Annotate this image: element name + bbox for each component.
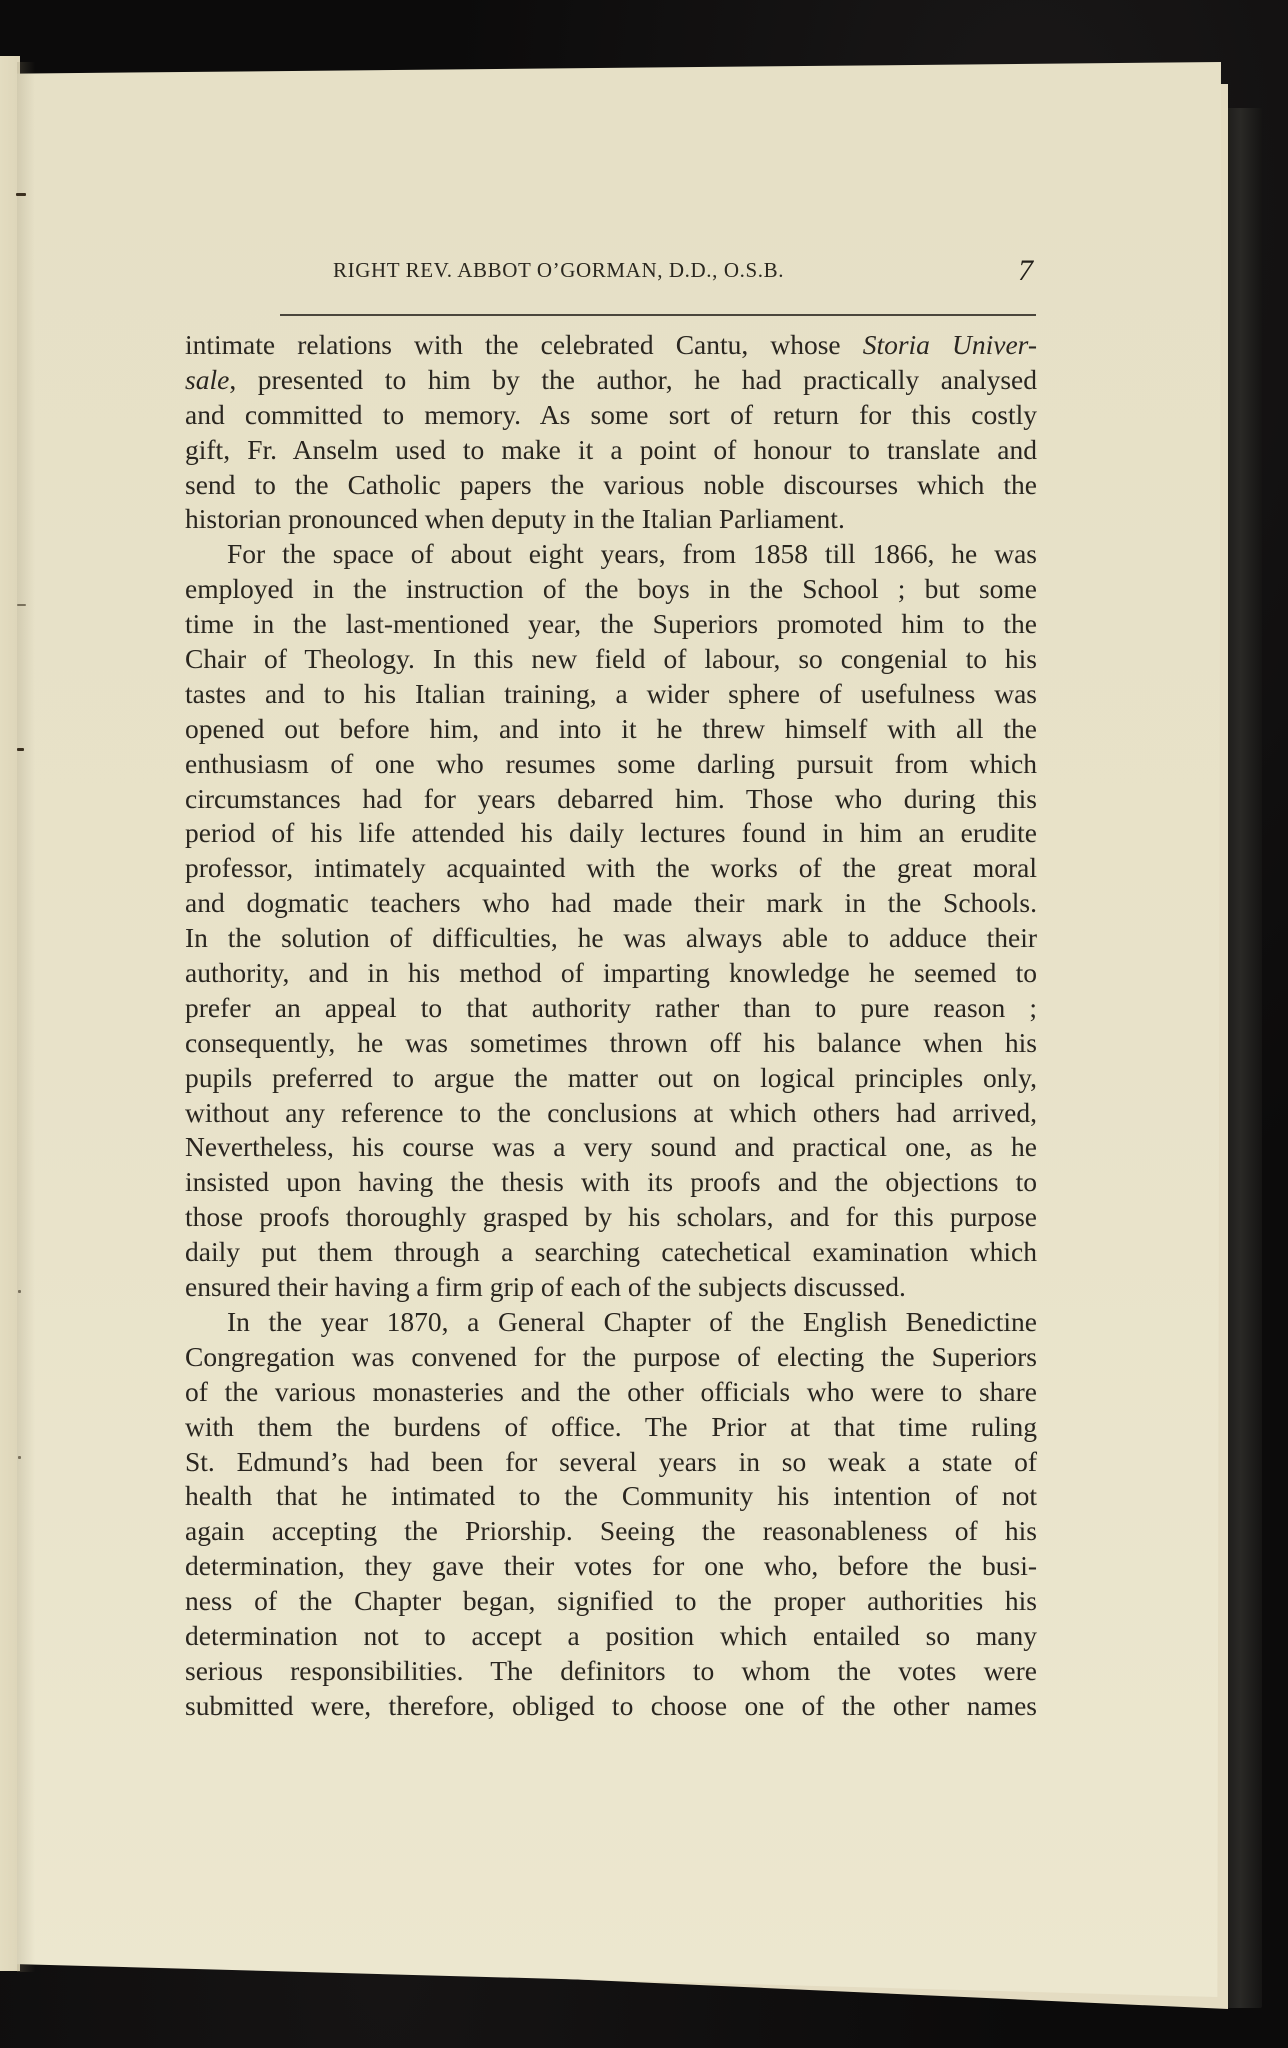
text-line: circumstances had for years debarred him… [185, 782, 1037, 817]
header-rule [280, 314, 1036, 316]
text-line: authority, and in his method of impartin… [185, 956, 1037, 991]
text-line: St. Edmund’s had been for several years … [185, 1445, 1037, 1480]
book-cover-edge [1226, 108, 1262, 2008]
text-line: send to the Catholic papers the various … [185, 468, 1037, 503]
text-line: opened out before him, and into it he th… [185, 712, 1037, 747]
text-line: determination not to accept a position w… [185, 1619, 1037, 1654]
margin-mark [17, 748, 24, 751]
text-line: professor, intimately acquainted with th… [185, 851, 1037, 886]
text-line: period of his life attended his daily le… [185, 816, 1037, 851]
text-line: consequently, he was sometimes thrown of… [185, 1026, 1037, 1061]
text-line: determination, they gave their votes for… [185, 1549, 1037, 1584]
text-line: ensured their having a firm grip of each… [185, 1270, 1037, 1305]
text-line: Congregation was convened for the purpos… [185, 1340, 1037, 1375]
text-line: ness of the Chapter began, signified to … [185, 1584, 1037, 1619]
margin-mark [18, 1456, 21, 1459]
text-line: employed in the instruction of the boys … [185, 572, 1037, 607]
page-number: 7 [1018, 254, 1033, 288]
text-line: with them the burdens of office. The Pri… [185, 1410, 1037, 1445]
text-line: daily put them through a searching catec… [185, 1235, 1037, 1270]
text-line: In the year 1870, a General Chapter of t… [185, 1305, 1037, 1340]
text-line: and dogmatic teachers who had made their… [185, 886, 1037, 921]
italic-title: Storia Univer- [863, 329, 1037, 360]
text-line: Nevertheless, his course was a very soun… [185, 1130, 1037, 1165]
text-line: sale, presented to him by the author, he… [185, 363, 1037, 398]
margin-mark [17, 604, 26, 606]
text-line: insisted upon having the thesis with its… [185, 1165, 1037, 1200]
text-line: serious responsibilities. The definitors… [185, 1654, 1037, 1689]
text-line: historian pronounced when deputy in the … [185, 502, 1037, 537]
text-line: pupils preferred to argue the matter out… [185, 1061, 1037, 1096]
text-line: submitted were, therefore, obliged to ch… [185, 1689, 1037, 1724]
text-line: Chair of Theology. In this new field of … [185, 642, 1037, 677]
text-line: of the various monasteries and the other… [185, 1375, 1037, 1410]
text-line: intimate relations with the celebrated C… [185, 328, 1037, 363]
margin-mark [18, 1290, 21, 1293]
text-line: time in the last-mentioned year, the Sup… [185, 607, 1037, 642]
text-line: health that he intimated to the Communit… [185, 1479, 1037, 1514]
text-line: again accepting the Priorship. Seeing th… [185, 1514, 1037, 1549]
text-line: In the solution of difficulties, he was … [185, 921, 1037, 956]
gutter-shadow [17, 62, 35, 1972]
italic-title: sale [185, 364, 229, 395]
text-line: prefer an appeal to that authority rathe… [185, 991, 1037, 1026]
body-text: intimate relations with the celebrated C… [185, 328, 1037, 1724]
text-line: enthusiasm of one who resumes some darli… [185, 747, 1037, 782]
text-line: those proofs thoroughly grasped by his s… [185, 1200, 1037, 1235]
text-line: For the space of about eight years, from… [185, 537, 1037, 572]
text-line: without any reference to the conclusions… [185, 1096, 1037, 1131]
text-line: gift, Fr. Anselm used to make it a point… [185, 433, 1037, 468]
text-line: and committed to memory. As some sort of… [185, 398, 1037, 433]
margin-mark [16, 193, 26, 196]
running-head-title: RIGHT REV. ABBOT O’GORMAN, D.D., O.S.B. [333, 258, 784, 283]
text-line: tastes and to his Italian training, a wi… [185, 677, 1037, 712]
